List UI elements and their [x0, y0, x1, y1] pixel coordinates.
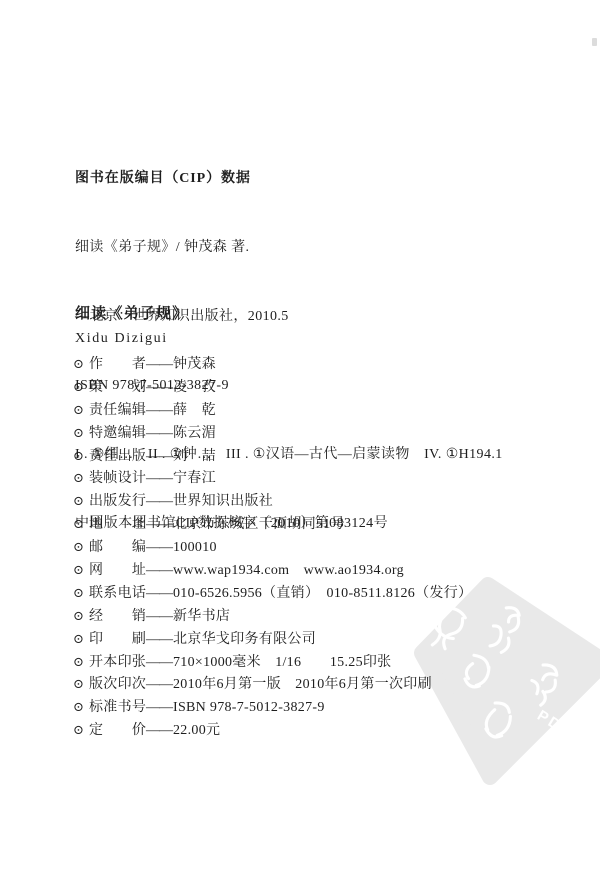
- item-label: 作 者: [89, 353, 146, 373]
- item-label: 联系电话: [89, 582, 146, 602]
- scan-artifact-speck: [592, 38, 597, 46]
- item-label: 定 价: [89, 719, 146, 739]
- item-value: 宁春江: [173, 467, 216, 487]
- item-value: 710×1000毫米 1/16 15.25印张: [173, 651, 392, 671]
- item-dash: ——: [146, 449, 172, 465]
- cip-heading: 图书在版编目（CIP）数据: [75, 167, 503, 190]
- item-label: 开本印张: [89, 651, 146, 671]
- colophon-item: ⊙ 特邀编辑 —— 陈云湄: [73, 422, 472, 445]
- colophon-item: ⊙ 出版发行 —— 世界知识出版社: [73, 490, 472, 513]
- item-dash: ——: [146, 471, 172, 487]
- colophon-item: ⊙ 地 址 —— 北京市东城区干面胡同51号: [73, 513, 472, 536]
- item-dash: ——: [146, 677, 172, 693]
- circled-dot-bullet-icon: ⊙: [73, 379, 89, 395]
- colophon-item: ⊙ 责任出版 —— 刘 喆: [73, 445, 472, 468]
- item-value: www.wap1934.com www.ao1934.org: [173, 559, 404, 579]
- item-value: 钟茂森: [173, 353, 216, 373]
- circled-dot-bullet-icon: ⊙: [73, 516, 89, 532]
- item-label: 责任编辑: [89, 399, 146, 419]
- circled-dot-bullet-icon: ⊙: [73, 654, 89, 670]
- colophon-item: ⊙ 标准书号 —— ISBN 978-7-5012-3827-9: [73, 696, 472, 719]
- item-value: 22.00元: [173, 719, 220, 739]
- item-label: 标准书号: [89, 696, 146, 716]
- colophon-item: ⊙ 作 者 —— 钟茂森: [73, 353, 472, 376]
- circled-dot-bullet-icon: ⊙: [73, 425, 89, 441]
- colophon-item: ⊙ 邮 编 —— 100010: [73, 536, 472, 559]
- circled-dot-bullet-icon: ⊙: [73, 356, 89, 372]
- circled-dot-bullet-icon: ⊙: [73, 448, 89, 464]
- item-dash: ——: [146, 540, 172, 556]
- item-value: 100010: [173, 540, 217, 556]
- colophon-item: ⊙ 网 址 —— www.wap1934.com www.ao1934.org: [73, 559, 472, 582]
- colophon-item: ⊙ 联系电话 —— 010-6526.5956（直销） 010-8511.812…: [73, 582, 472, 605]
- item-value: 陈云湄: [173, 422, 216, 442]
- circled-dot-bullet-icon: ⊙: [73, 539, 89, 555]
- item-dash: ——: [146, 380, 172, 396]
- item-dash: ——: [146, 517, 172, 533]
- item-label: 地 址: [89, 513, 146, 533]
- title-block: 细读《弟子规》 Xidu Dizigui: [75, 303, 188, 350]
- item-value: 刘 喆: [173, 445, 216, 465]
- item-value: 北京华戈印务有限公司: [173, 628, 316, 648]
- colophon-item: ⊙ 印 刷 —— 北京华戈印务有限公司: [73, 628, 472, 651]
- item-label: 责任出版: [89, 445, 146, 465]
- item-dash: ——: [146, 632, 172, 648]
- item-value: 世界知识出版社: [173, 490, 273, 510]
- colophon-list: ⊙ 作 者 —— 钟茂森 ⊙ 策 划 —— 凌 孜 ⊙ 责任编辑 —— 薛 乾 …: [73, 353, 472, 742]
- colophon-item: ⊙ 开本印张 —— 710×1000毫米 1/16 15.25印张: [73, 651, 472, 674]
- item-value: 010-6526.5956（直销） 010-8511.8126（发行）: [173, 582, 472, 602]
- item-dash: ——: [146, 609, 172, 625]
- item-label: 策 划: [89, 376, 146, 396]
- item-label: 网 址: [89, 559, 146, 579]
- circled-dot-bullet-icon: ⊙: [73, 470, 89, 486]
- circled-dot-bullet-icon: ⊙: [73, 631, 89, 647]
- item-label: 装帧设计: [89, 467, 146, 487]
- item-dash: ——: [146, 586, 172, 602]
- item-value: 2010年6月第一版 2010年6月第一次印刷: [173, 673, 432, 693]
- book-title: 细读《弟子规》: [75, 303, 188, 326]
- item-dash: ——: [146, 426, 172, 442]
- item-value: 新华书店: [173, 605, 230, 625]
- cip-line: 细读《弟子规》/ 钟茂森 著.: [75, 236, 503, 259]
- book-copyright-page: PDG 图书在版编目（CIP）数据 细读《弟子规》/ 钟茂森 著. —北京：世界…: [0, 0, 600, 869]
- item-dash: ——: [146, 723, 172, 739]
- item-dash: ——: [146, 563, 172, 579]
- item-label: 印 刷: [89, 628, 146, 648]
- item-dash: ——: [146, 494, 172, 510]
- colophon-item: ⊙ 版次印次 —— 2010年6月第一版 2010年6月第一次印刷: [73, 673, 472, 696]
- item-dash: ——: [146, 655, 172, 671]
- colophon-item: ⊙ 经 销 —— 新华书店: [73, 605, 472, 628]
- circled-dot-bullet-icon: ⊙: [73, 562, 89, 578]
- item-value: 薛 乾: [173, 399, 216, 419]
- circled-dot-bullet-icon: ⊙: [73, 722, 89, 738]
- circled-dot-bullet-icon: ⊙: [73, 608, 89, 624]
- colophon-item: ⊙ 责任编辑 —— 薛 乾: [73, 399, 472, 422]
- item-dash: ——: [146, 403, 172, 419]
- circled-dot-bullet-icon: ⊙: [73, 676, 89, 692]
- colophon-item: ⊙ 装帧设计 —— 宁春江: [73, 467, 472, 490]
- book-title-pinyin: Xidu Dizigui: [75, 328, 188, 350]
- colophon-item: ⊙ 策 划 —— 凌 孜: [73, 376, 472, 399]
- circled-dot-bullet-icon: ⊙: [73, 585, 89, 601]
- circled-dot-bullet-icon: ⊙: [73, 402, 89, 418]
- item-label: 特邀编辑: [89, 422, 146, 442]
- circled-dot-bullet-icon: ⊙: [73, 493, 89, 509]
- colophon-item: ⊙ 定 价 —— 22.00元: [73, 719, 472, 742]
- item-value: 凌 孜: [173, 376, 216, 396]
- item-dash: ——: [146, 700, 172, 716]
- item-label: 版次印次: [89, 673, 146, 693]
- item-label: 邮 编: [89, 536, 146, 556]
- item-label: 经 销: [89, 605, 146, 625]
- circled-dot-bullet-icon: ⊙: [73, 699, 89, 715]
- item-value: ISBN 978-7-5012-3827-9: [173, 700, 325, 716]
- item-value: 北京市东城区干面胡同51号: [173, 513, 345, 533]
- item-dash: ——: [146, 357, 172, 373]
- item-label: 出版发行: [89, 490, 146, 510]
